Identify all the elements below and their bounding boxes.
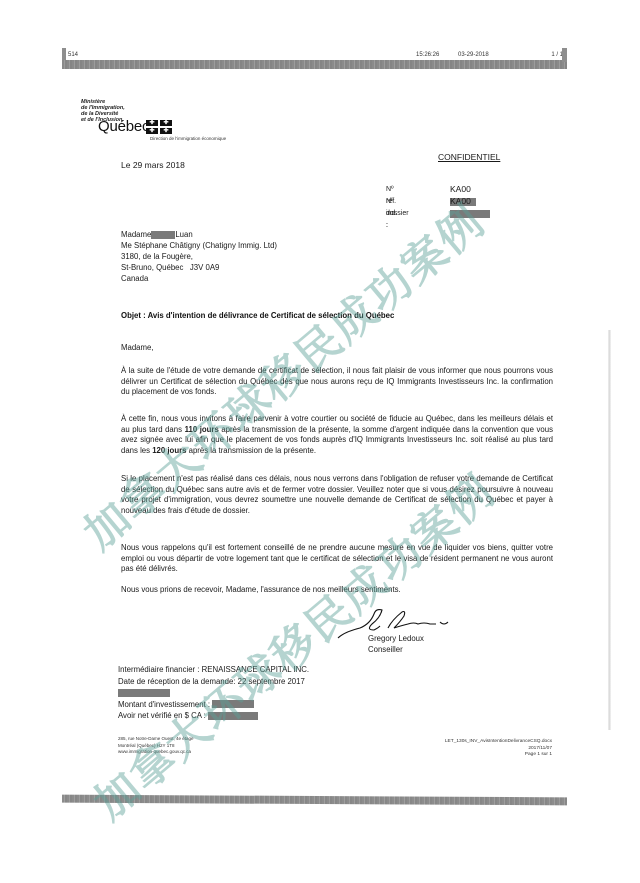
document-reference: LET_130s_INV_AvisIntentionDelivranceCSQ.…: [356, 739, 552, 759]
investment-label: Montant d'investissement :: [118, 700, 210, 709]
fleur-icon: ✚: [146, 128, 158, 134]
redaction-block: [450, 210, 490, 218]
paragraph: À la suite de l'étude de votre demande d…: [121, 366, 553, 398]
recipient-address: MadameLuan Me Stéphane Châtigny (Chatign…: [121, 229, 277, 284]
recipient-surname: Luan: [175, 230, 192, 239]
confidential-label: CONFIDENTIEL: [438, 152, 500, 162]
direction-name: Direction de l'immigration économique: [150, 136, 226, 141]
quebec-logo-text: Québec: [98, 118, 149, 135]
redaction-block: [212, 700, 254, 708]
redacted-line: [118, 687, 309, 699]
redaction-block: [118, 689, 170, 697]
address-line: 3180, de la Fougère,: [121, 251, 277, 262]
paragraph: Nous vous rappelons qu'il est fortement …: [121, 543, 553, 575]
ministry-address: 285, rue Notre-Dame Ouest, 4e étage Mont…: [118, 736, 194, 756]
financial-info: Intermédiaire financier : RENAISSANCE CA…: [118, 664, 309, 722]
paragraph: À cette fin, nous vous invitons à faire …: [121, 414, 553, 456]
closing-paragraph: Nous vous prions de recevoir, Madame, l'…: [121, 585, 553, 596]
fax-time: 15:26:26: [416, 52, 439, 58]
reference-value: KA00: [450, 195, 490, 219]
deadline-120-days: 120 jours: [152, 446, 186, 455]
net-assets-label: Avoir net vérifié en $ CA :: [118, 711, 206, 720]
salutation: Madame,: [121, 343, 154, 352]
signatory-title: Conseiller: [368, 645, 424, 656]
reference-value-text: KA00: [450, 184, 471, 194]
redaction-block: [208, 712, 258, 720]
footer-address-line: 285, rue Notre-Dame Ouest, 4e étage: [118, 736, 194, 743]
signatory: Gregory Ledoux Conseiller: [368, 634, 424, 655]
redaction-block: [151, 231, 175, 239]
paragraph-text: après la transmission de la présente.: [186, 446, 316, 455]
reception-date: Date de réception de la demande: 22 sept…: [118, 676, 309, 688]
doc-page-info: Page 1 sur 1: [356, 752, 552, 759]
fax-bar-right-edge: [562, 48, 567, 62]
subject-line: Objet : Avis d'intention de délivrance d…: [121, 311, 394, 320]
fax-footer-bar: [62, 795, 567, 806]
address-line: Canada: [121, 273, 277, 284]
quebec-flag-icon: ✚ ✚ ✚ ✚: [146, 120, 172, 134]
footer-website: www.immigration-quebec.gouv.qc.ca: [118, 749, 194, 756]
signatory-name: Gregory Ledoux: [368, 634, 424, 645]
fax-header-bar: [62, 60, 567, 69]
financial-intermediary: Intermédiaire financier : RENAISSANCE CA…: [118, 664, 309, 676]
letter-date: Le 29 mars 2018: [121, 160, 185, 170]
address-line: St-Bruno, Québec J3V 0A9: [121, 262, 277, 273]
page-edge-shadow: [608, 330, 611, 730]
fleur-icon: ✚: [160, 128, 172, 134]
fleur-icon: ✚: [160, 120, 172, 126]
investment-amount: Montant d'investissement :: [118, 699, 309, 711]
recipient-name-line: MadameLuan: [121, 229, 277, 240]
reference-label: Nº dossier :: [386, 196, 409, 232]
net-assets: Avoir net vérifié en $ CA :: [118, 710, 309, 722]
deadline-110-days: 110 jours: [185, 425, 219, 434]
fleur-icon: ✚: [146, 120, 158, 126]
fax-date: 03-29-2018: [458, 52, 489, 58]
fax-sender-id: 514: [68, 52, 78, 58]
recipient-prefix: Madame: [121, 230, 151, 239]
reference-value-text: KA00: [450, 196, 471, 206]
address-line: Me Stéphane Châtigny (Chatigny Immig. Lt…: [121, 240, 277, 251]
paragraph: Si le placement n'est pas réalisé dans c…: [121, 474, 553, 516]
